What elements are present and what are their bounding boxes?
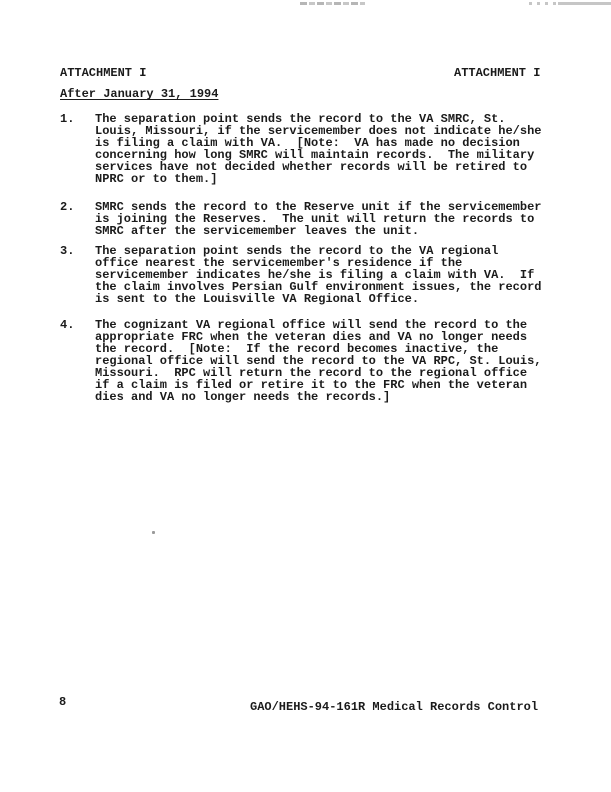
list-item-text: The separation point sends the record to…: [95, 113, 541, 185]
list-item: 1. The separation point sends the record…: [60, 113, 541, 185]
attachment-label-right: ATTACHMENT I: [454, 67, 540, 79]
list-item-number: 1.: [60, 113, 95, 125]
scan-artifact-top-left: [300, 2, 365, 5]
list-item-text: The separation point sends the record to…: [95, 245, 541, 305]
scan-artifact-speck: [152, 531, 155, 534]
report-footer: GAO/HEHS-94-161R Medical Records Control: [250, 701, 538, 713]
list-item-text: The cognizant VA regional office will se…: [95, 319, 541, 403]
list-item: 3. The separation point sends the record…: [60, 245, 541, 305]
list-item-number: 3.: [60, 245, 95, 257]
document-page: ATTACHMENT I ATTACHMENT I After January …: [0, 0, 611, 792]
list-item-number: 4.: [60, 319, 95, 331]
list-item: 2. SMRC sends the record to the Reserve …: [60, 201, 541, 237]
list-item-text: SMRC sends the record to the Reserve uni…: [95, 201, 541, 237]
list-item-number: 2.: [60, 201, 95, 213]
scan-artifact-top-right-specks: [529, 2, 557, 5]
section-heading: After January 31, 1994: [60, 88, 218, 100]
attachment-label-left: ATTACHMENT I: [60, 67, 146, 79]
list-item: 4. The cognizant VA regional office will…: [60, 319, 541, 403]
scan-artifact-top-right-bar: [558, 2, 611, 5]
page-number: 8: [59, 696, 66, 708]
